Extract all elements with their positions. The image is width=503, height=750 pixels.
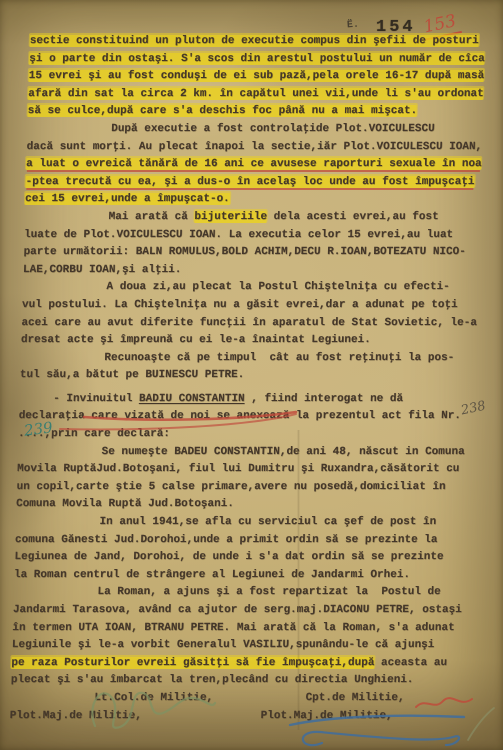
typed-text: dacă sunt morţi. Au plecat înapoi la sec… <box>26 141 482 153</box>
document-line: la Roman centrul de strângere al Legiune… <box>14 567 482 585</box>
typed-text: LAE,CORBU IOAN,şi alţii. <box>23 264 182 276</box>
typed-text: Recunoaşte că pe timpul cât au fost reţi… <box>104 352 454 364</box>
document-line: cei 15 evrei,unde a împuşcat-o. <box>25 191 493 209</box>
document-line: LAE,CORBU IOAN,şi alţii. <box>23 262 491 280</box>
highlighted-text: şi o parte din ostaşi. S'a scos din ares… <box>29 53 485 65</box>
typed-text: Legiunea de Jand, Dorohoi, de unde i s'a… <box>14 551 443 563</box>
document-line: - Invinuitul BADIU CONSTANTIN , fiind in… <box>19 391 487 409</box>
document-line: afară din sat la circa 2 km. în capătul … <box>28 86 496 104</box>
typed-text: ....,prin care declară: <box>18 428 170 440</box>
typed-text: Jandarmi Tarasova, având ca ajutor de se… <box>13 604 462 616</box>
highlighted-text: să se culce,după care s'a deschis foc pâ… <box>27 105 417 117</box>
typed-text: BADIU CONSTANTIN <box>139 393 245 405</box>
document-line: Recunoaşte că pe timpul cât au fost reţi… <box>20 350 488 368</box>
document-line: acei care au avut diferite funcţii în ap… <box>21 315 489 333</box>
stamp-fragment-icon: Ë. <box>347 22 360 31</box>
document-line: luate de Plot.VOICULESCU IOAN. La execut… <box>24 227 492 245</box>
document-line: dresat acte şi împreună cu ei le-a înain… <box>21 332 489 350</box>
typed-text: declaraţia care vizată de noi se anexeaz… <box>18 410 461 422</box>
typed-text: - Invinuitul <box>53 393 139 405</box>
document-line: vul postului. La Chiştelniţa nu a găsit … <box>22 297 490 315</box>
highlighted-text: 15 evrei şi au fost conduşi de ei sub pa… <box>29 70 485 82</box>
blue-signature-flourish <box>303 732 459 745</box>
typed-text: Plot.Maj.de Militie, Plot.Maj.de Militie… <box>10 710 393 722</box>
document-line: declaraţia care vizată de noi se anexeaz… <box>18 408 486 426</box>
document-line: pe raza Posturilor evreii găsitţi să fie… <box>11 655 479 673</box>
document-line: 15 evrei şi au fost conduşi de ei sub pa… <box>28 68 496 86</box>
document-line: Jandarmi Tarasova, având ca ajutor de se… <box>13 602 481 620</box>
document-line: Se numeşte BADEU CONSTANTIN,de ani 48, n… <box>17 444 485 462</box>
scanned-document-page: Ë. 154 153 sectie constituind un pluton … <box>0 0 503 750</box>
document-line: -ptea trecută cu ea, şi a dus-o în acela… <box>25 174 493 192</box>
document-line: Lt.Col.de Militie, Cpt.de Militie, <box>10 690 478 708</box>
document-line: La Roman, a ajuns şi a fost repartizat l… <box>13 584 481 602</box>
typed-text: parte următorii: BALN ROMULUS,BOLD ACHIM… <box>23 246 466 258</box>
document-line: Mai arată că bijuteriile dela acesti evr… <box>24 209 492 227</box>
document-line: In anul 1941,se afla cu serviciul ca şef… <box>15 514 483 532</box>
typed-text: Se numeşte BADEU CONSTANTIN,de ani 48, n… <box>101 446 464 458</box>
typed-text: la Roman centrul de strângere al Legiune… <box>14 569 410 581</box>
typed-text: comuna Gănesti Jud.Dorohoi,unde a primit… <box>15 534 438 546</box>
typed-text: A doua zi,au plecat la Postul Chiştelniţ… <box>106 281 450 293</box>
document-line: comuna Gănesti Jud.Dorohoi,unde a primit… <box>15 532 483 550</box>
document-line: un copil,carte ştie 5 calse primare,aver… <box>16 479 484 497</box>
typed-text: aceasta au <box>374 657 447 669</box>
highlighted-text: afară din sat la circa 2 km. în capătul … <box>28 88 484 100</box>
document-line: în termen UTA IOAN, BTRANU PETRE. Mai ar… <box>12 620 480 638</box>
typed-text: luate de Plot.VOICULESCU IOAN. La execut… <box>24 229 453 241</box>
document-line: să se culce,după care s'a deschis foc pâ… <box>27 103 495 121</box>
document-line: Legiunea de Jand, Dorohoi, de unde i s'a… <box>14 549 482 567</box>
typed-text: Comuna Movila Ruptă Jud.Botoşani. <box>16 498 234 510</box>
document-line: După executie a fost controlaţide Plot.V… <box>27 121 495 139</box>
typed-text: tul său,a bătut pe BUINESCU PETRE. <box>20 369 245 381</box>
document-body: sectie constituind un pluton de executie… <box>0 33 503 725</box>
typed-text: un copil,carte ştie 5 calse primare,aver… <box>16 481 445 493</box>
document-line: plecat şi s'au îmbarcat la tren,plecând … <box>11 672 479 690</box>
typed-text: După executie a fost controlaţide Plot.V… <box>111 123 435 135</box>
highlighted-text: cei 15 evrei,unde a împuşcat-o. <box>25 193 230 205</box>
typed-text: dela acesti evrei,au fost <box>267 211 439 223</box>
typed-text: Mai arată că <box>108 211 194 223</box>
typed-text: Legiunile şi le-a vorbit Generalul VASIL… <box>12 639 435 651</box>
document-line: ....,prin care declară: <box>18 426 486 444</box>
document-line: Legiunile şi le-a vorbit Generalul VASIL… <box>12 637 480 655</box>
highlighted-text: -ptea trecută cu ea, şi a dus-o în acela… <box>25 176 474 188</box>
typed-text: dresat acte şi împreună cu ei le-a înain… <box>21 334 371 346</box>
typed-text: Lt.Col.de Militie, Cpt.de Militie, <box>94 692 405 704</box>
typed-text: plecat şi s'au îmbarcat la tren,plecând … <box>11 674 414 686</box>
document-line: şi o parte din ostaşi. S'a scos din ares… <box>29 51 497 69</box>
typed-text: acei care au avut diferite funcţii în ap… <box>21 317 477 329</box>
document-line: Plot.Maj.de Militie, Plot.Maj.de Militie… <box>9 708 477 726</box>
document-line: tul său,a bătut pe BUINESCU PETRE. <box>20 367 488 385</box>
highlighted-text: sectie constituind un pluton de executie… <box>30 35 479 47</box>
document-line: Movila RuptăJud.Botoşani, fiul lui Dumit… <box>17 461 485 479</box>
document-line: parte următorii: BALN ROMULUS,BOLD ACHIM… <box>23 244 491 262</box>
highlighted-text: bijuteriile <box>194 211 267 223</box>
document-line: sectie constituind un pluton de executie… <box>29 33 497 51</box>
typed-text: La Roman, a ajuns şi a fost repartizat l… <box>97 586 441 598</box>
typed-text: In anul 1941,se afla cu serviciul ca şef… <box>99 516 436 528</box>
typed-text: în termen UTA IOAN, BTRANU PETRE. Mai ar… <box>12 622 455 634</box>
highlighted-text: pe raza Posturilor evreii găsitţi să fie… <box>11 657 374 669</box>
highlighted-text: a luat o evreică tănără de 16 ani ce avu… <box>26 158 482 170</box>
document-line: dacă sunt morţi. Au plecat înapoi la sec… <box>26 139 494 157</box>
document-line: a luat o evreică tănără de 16 ani ce avu… <box>26 156 494 174</box>
typed-text: Movila RuptăJud.Botoşani, fiul lui Dumit… <box>17 463 460 475</box>
typed-text: vul postului. La Chiştelniţa nu a găsit … <box>22 299 458 311</box>
typed-text: , fiind interogat ne dă <box>244 393 403 405</box>
document-line: Comuna Movila Ruptă Jud.Botoşani. <box>16 496 484 514</box>
document-line: A doua zi,au plecat la Postul Chiştelniţ… <box>22 279 490 297</box>
